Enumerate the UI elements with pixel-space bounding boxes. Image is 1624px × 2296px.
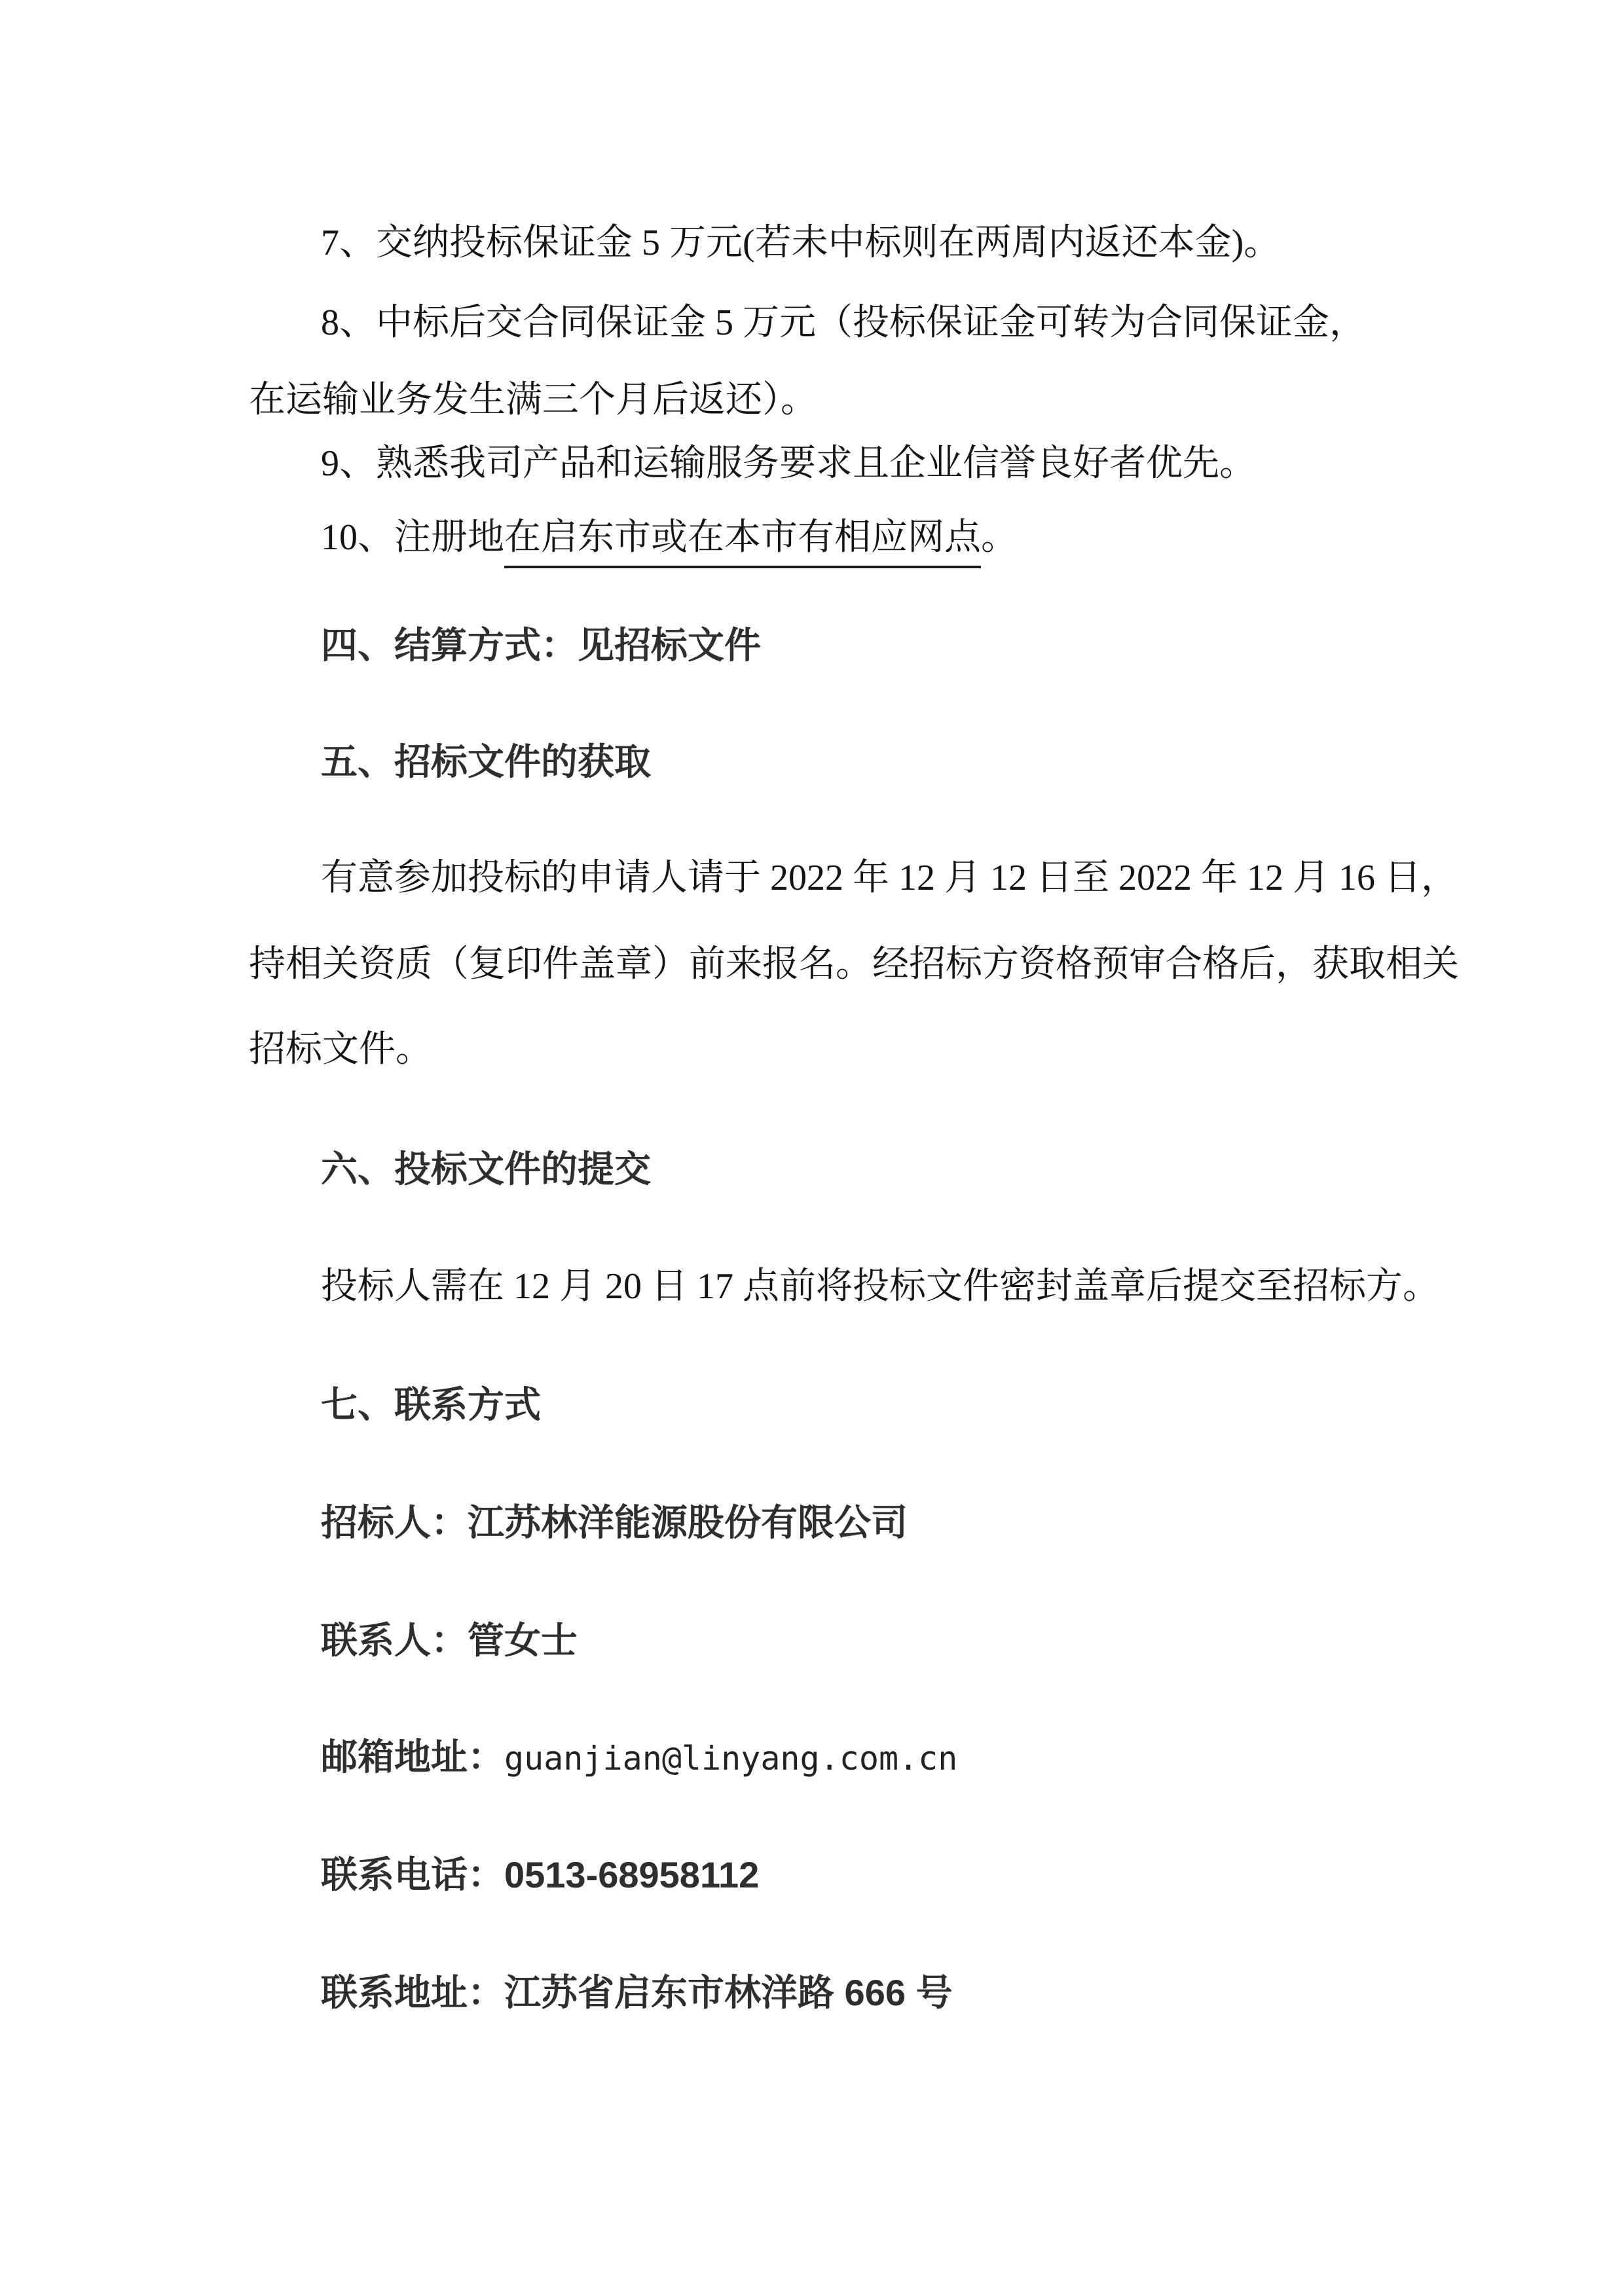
list-item-10-suffix: 。	[981, 517, 1018, 558]
section5-paragraph-line2: 持相关资质（复印件盖章）前来报名。经招标方资格预审合格后，获取相关	[249, 943, 1454, 987]
section5-heading: 五、招标文件的获取	[249, 740, 1454, 784]
section6-heading: 六、投标文件的提交	[249, 1147, 1454, 1191]
section4-heading: 四、结算方式：见招标文件	[249, 623, 1454, 667]
list-item-8-line2: 在运输业务发生满三个月后返还）。	[249, 378, 1454, 422]
contact-phone-line: 联系电话：0513-68958112	[249, 1853, 1454, 1897]
contact-person-label: 联系人：	[321, 1620, 468, 1661]
list-item-10: 10、注册地在启东市或在本市有相应网点。	[249, 516, 1454, 560]
list-item-7: 7、交纳投标保证金 5 万元(若未中标则在两周内返还本金)。	[249, 221, 1454, 265]
contact-address-line: 联系地址：江苏省启东市林洋路 666 号	[249, 1971, 1454, 2014]
section7-heading: 七、联系方式	[249, 1383, 1454, 1427]
tenderer-value: 江苏林洋能源股份有限公司	[468, 1502, 908, 1543]
section5-paragraph-line1: 有意参加投标的申请人请于 2022 年 12 月 12 日至 2022 年 12…	[249, 856, 1454, 900]
contact-person-value: 管女士	[468, 1620, 578, 1661]
phone-value: 0513-68958112	[504, 1854, 759, 1895]
section6-paragraph: 投标人需在 12 月 20 日 17 点前将投标文件密封盖章后提交至招标方。	[249, 1265, 1454, 1309]
email-label: 邮箱地址：	[321, 1736, 504, 1777]
contact-person-line: 联系人：管女士	[249, 1618, 1454, 1662]
section5-paragraph-line3: 招标文件。	[249, 1028, 1454, 1072]
document-page: 7、交纳投标保证金 5 万元(若未中标则在两周内返还本金)。 8、中标后交合同保…	[0, 0, 1624, 2296]
list-item-10-prefix: 10、注册地	[321, 517, 504, 558]
phone-label: 联系电话：	[321, 1854, 504, 1895]
contact-email-line: 邮箱地址：guanjian@linyang.com.cn	[249, 1735, 1454, 1779]
list-item-9: 9、熟悉我司产品和运输服务要求且企业信誉良好者优先。	[249, 442, 1454, 486]
list-item-10-underlined-clause: 在启东市或在本市有相应网点	[504, 517, 981, 568]
address-value: 江苏省启东市林洋路 666 号	[504, 1972, 953, 2013]
list-item-8-line1: 8、中标后交合同保证金 5 万元（投标保证金可转为合同保证金，	[249, 301, 1454, 345]
contact-tenderer-line: 招标人：江苏林洋能源股份有限公司	[249, 1501, 1454, 1544]
address-label: 联系地址：	[321, 1972, 504, 2013]
tenderer-label: 招标人：	[321, 1502, 468, 1543]
email-value: guanjian@linyang.com.cn	[504, 1740, 957, 1777]
